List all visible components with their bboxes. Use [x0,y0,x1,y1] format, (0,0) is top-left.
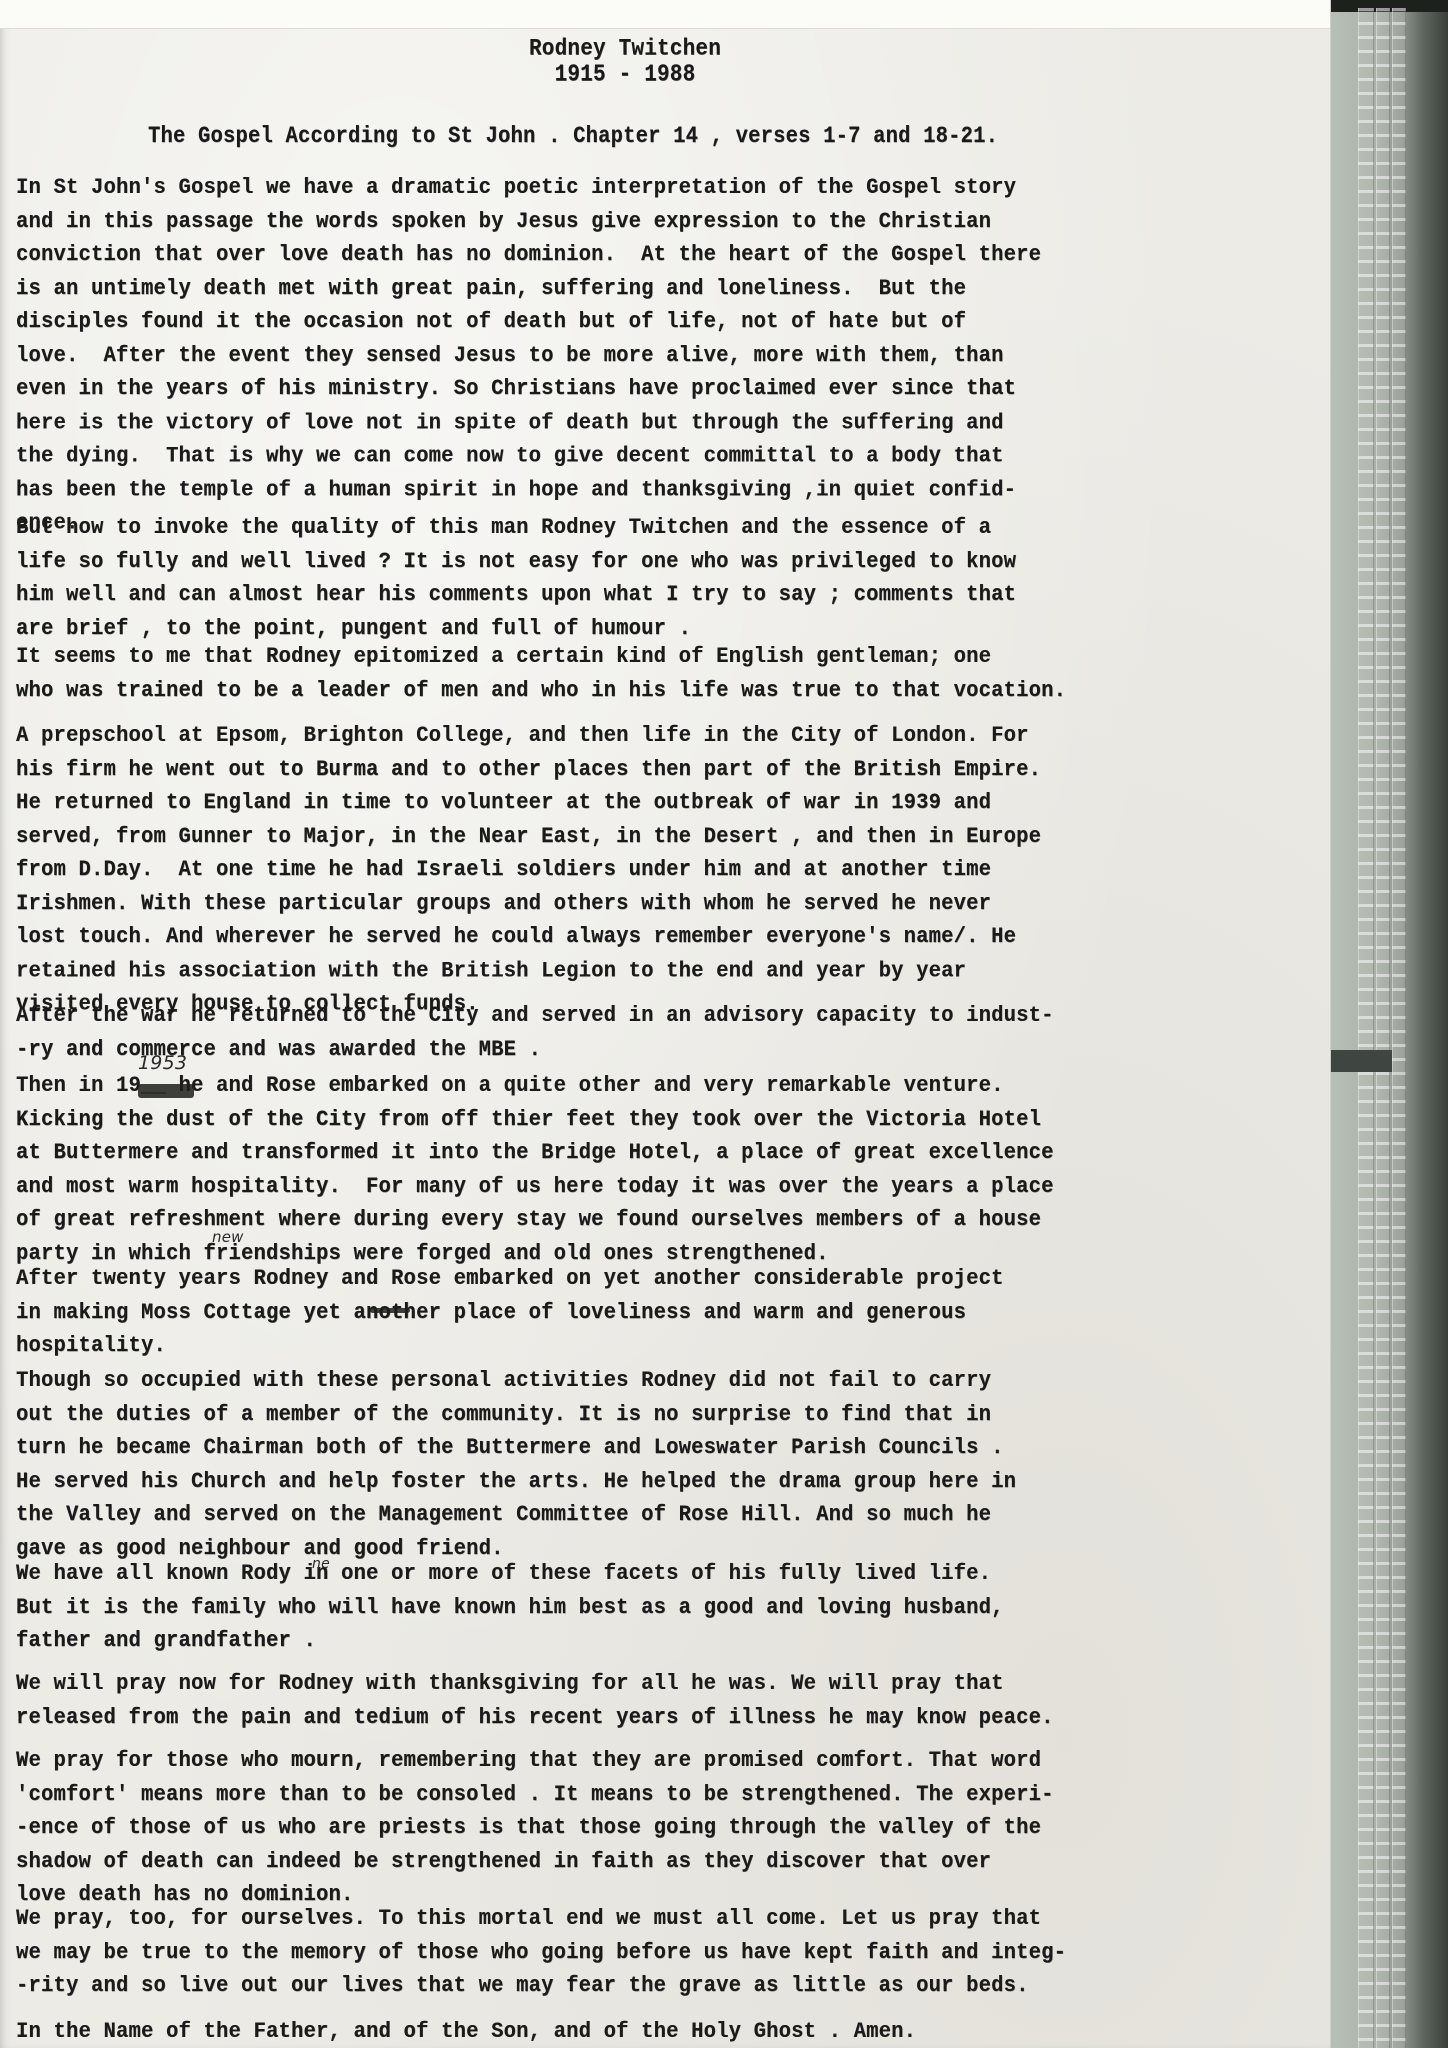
text-line: We have all known Rody in one or more of… [16,1558,1004,1592]
text-line: in making Moss Cottage yet another place… [16,1297,1004,1331]
text-line: -ence of those of us who are priests is … [16,1812,1054,1846]
text-line: who was trained to be a leader of men an… [16,675,1066,709]
text-line: lost touch. And wherever he served he co… [16,921,1041,955]
text-line: He returned to England in time to volunt… [16,787,1041,821]
text-line: his firm he went out to Burma and to oth… [16,754,1041,788]
text-line: is an untimely death met with great pain… [16,273,1041,307]
text-line: retained his association with the Britis… [16,955,1041,989]
text-line: In St John's Gospel we have a dramatic p… [16,172,1041,206]
text-line: hospitality. [16,1330,1004,1364]
typed-page: Rodney Twitchen 1915 - 1988 The Gospel A… [0,0,1331,2048]
text-line: of great refreshment where during every … [16,1204,1054,1238]
text-line: We pray for those who mourn, remembering… [16,1745,1054,1779]
text-line: disciples found it the occasion not of d… [16,306,1041,340]
paragraph: We will pray now for Rodney with thanksg… [16,1668,1054,1735]
paragraph: We have all known Rody in one or more of… [16,1558,1004,1659]
paragraph: Then in 19__ he and Rose embarked on a q… [16,1070,1054,1271]
binder-ring-strip [1358,8,1374,2048]
text-line: It seems to me that Rodney epitomized a … [16,641,1066,675]
paragraph: After twenty years Rodney and Rose embar… [16,1263,1004,1364]
text-line: we may be true to the memory of those wh… [16,1937,1066,1971]
text-line: even in the years of his ministry. So Ch… [16,373,1041,407]
text-line: conviction that over love death has no d… [16,239,1041,273]
text-line: life so fully and well lived ? It is not… [16,546,1016,580]
text-line: released from the pain and tedium of his… [16,1702,1054,1736]
text-line: served, from Gunner to Major, in the Nea… [16,821,1041,855]
text-line: and most warm hospitality. For many of u… [16,1171,1054,1205]
life-years: 1915 - 1988 [0,62,1250,88]
text-line: We pray, too, for ourselves. To this mor… [16,1903,1066,1937]
text-line: and in this passage the words spoken by … [16,206,1041,240]
struck-out-word [370,1308,410,1313]
reading-title: The Gospel According to St John . Chapte… [148,124,998,150]
text-line: Irishmen. With these particular groups a… [16,888,1041,922]
text-line: him well and can almost hear his comment… [16,579,1016,613]
paragraph: In the Name of the Father, and of the So… [16,2016,916,2048]
paragraph: In St John's Gospel we have a dramatic p… [16,172,1041,541]
paragraph: Though so occupied with these personal a… [16,1365,1016,1566]
paper-top-edge [0,0,1330,29]
text-line: from D.Day. At one time he had Israeli s… [16,854,1041,888]
text-line: the Valley and served on the Management … [16,1499,1016,1533]
paragraph: We pray, too, for ourselves. To this mor… [16,1903,1066,2004]
paragraph: A prepschool at Epsom, Brighton College,… [16,720,1041,1022]
text-line: In the Name of the Father, and of the So… [16,2016,916,2048]
text-line: He served his Church and help foster the… [16,1466,1016,1500]
struck-out-year [138,1084,194,1098]
text-line: We will pray now for Rodney with thanksg… [16,1668,1054,1702]
paragraph: It seems to me that Rodney epitomized a … [16,641,1066,708]
text-line: Kicking the dust of the City from off th… [16,1104,1054,1138]
text-line: out the duties of a member of the commun… [16,1399,1016,1433]
text-line: at Buttermere and transformed it into th… [16,1137,1054,1171]
text-line: But it is the family who will have known… [16,1592,1004,1626]
text-line: turn he became Chairman both of the Butt… [16,1432,1016,1466]
text-line: the dying. That is why we can come now t… [16,440,1041,474]
text-line: here is the victory of love not in spite… [16,407,1041,441]
paragraph: But how to invoke the quality of this ma… [16,512,1016,646]
text-line: has been the temple of a human spirit in… [16,474,1041,508]
text-line: But how to invoke the quality of this ma… [16,512,1016,546]
text-line: -rity and so live out our lives that we … [16,1970,1066,2004]
text-line: Though so occupied with these personal a… [16,1365,1016,1399]
text-line: love. After the event they sensed Jesus … [16,340,1041,374]
binder-ring-strip [1376,8,1390,2048]
handwritten-name-insertion: ne [312,1556,330,1572]
text-line: 'comfort' means more than to be consoled… [16,1779,1054,1813]
handwritten-insertion: new [212,1228,244,1246]
sleeve-gap [1330,1050,1392,1072]
text-line: A prepschool at Epsom, Brighton College,… [16,720,1041,754]
text-line: father and grandfather . [16,1625,1004,1659]
text-line: shadow of death can indeed be strengthen… [16,1846,1054,1880]
paragraph: We pray for those who mourn, remembering… [16,1745,1054,1913]
handwritten-year-correction: 1953 [138,1052,187,1074]
binder-ring-strip [1392,8,1406,2048]
text-line: After twenty years Rodney and Rose embar… [16,1263,1004,1297]
deceased-name: Rodney Twitchen [0,37,1250,63]
text-line: After the war he returned to the City an… [16,1000,1054,1034]
